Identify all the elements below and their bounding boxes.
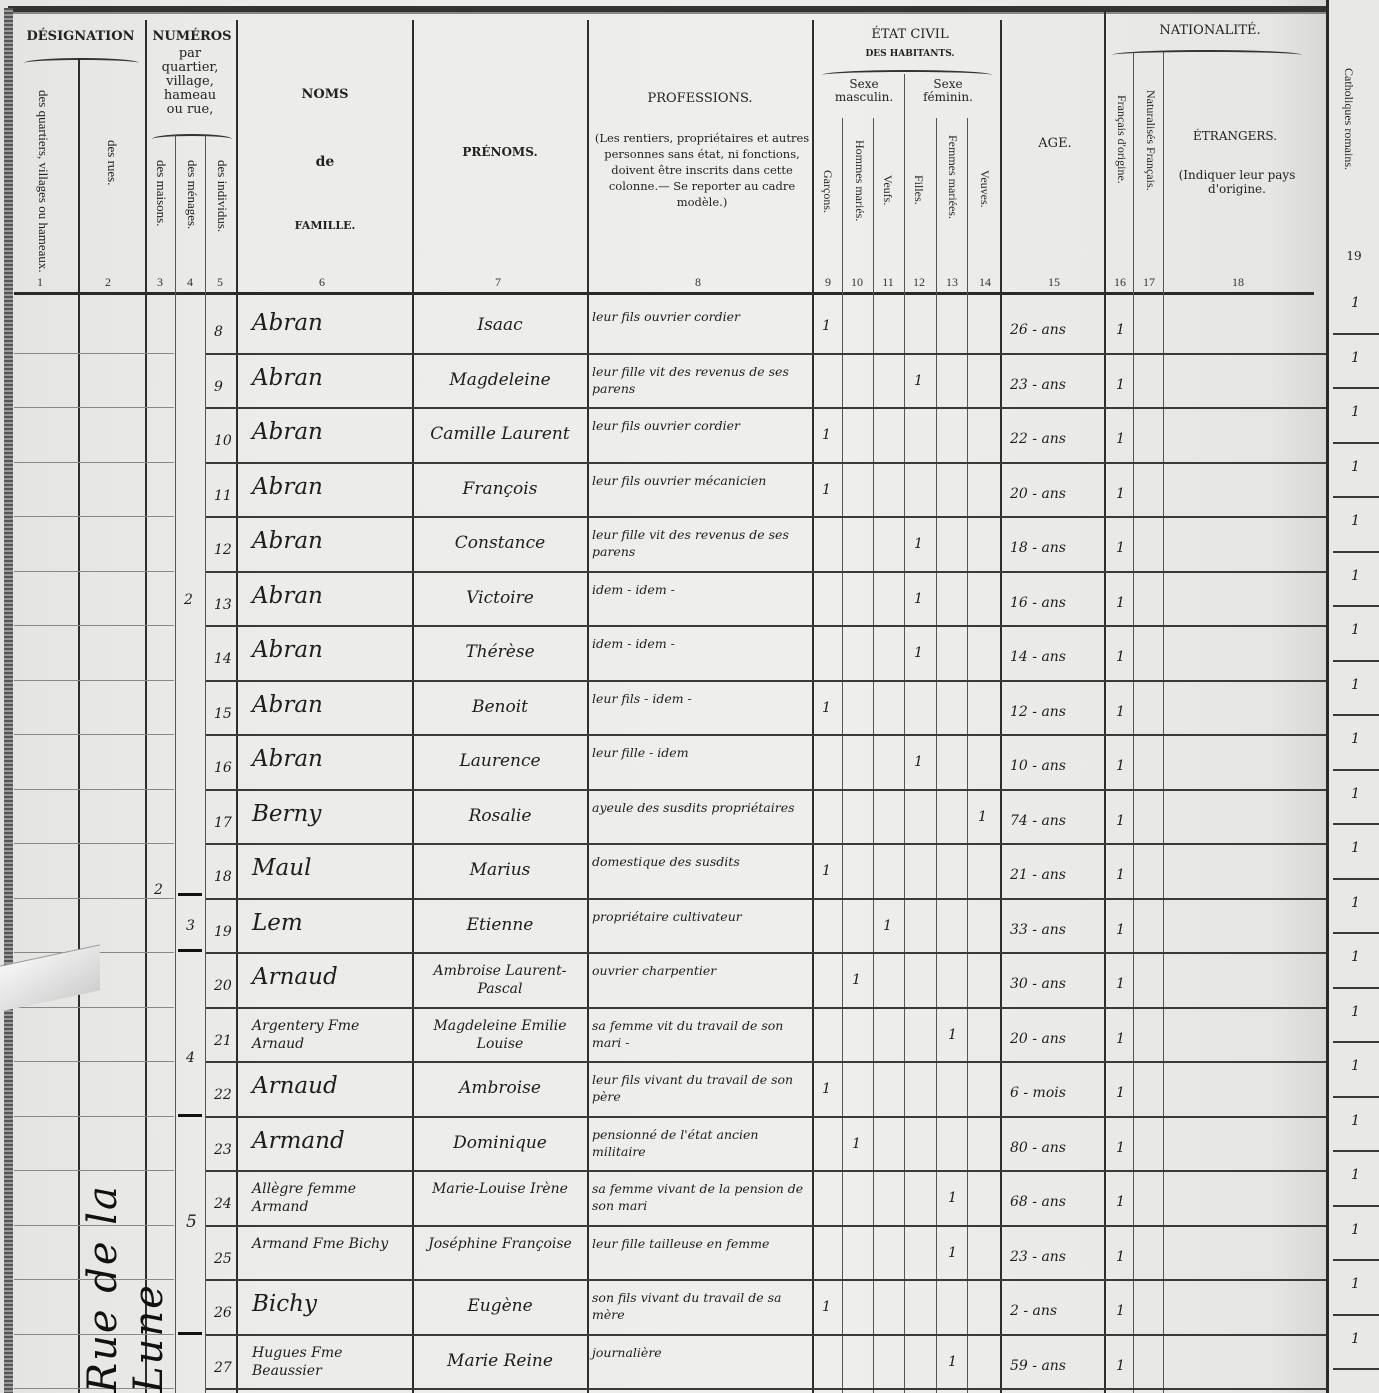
catholique-mark: 1 — [1351, 677, 1360, 693]
family-name: Abran — [252, 314, 407, 332]
header-etat-civil: ÉTAT CIVIL — [820, 28, 1000, 41]
row-rule — [1333, 1041, 1379, 1043]
age: 12 - ans — [1010, 704, 1066, 720]
family-name: Abran — [252, 423, 407, 441]
row-rule — [14, 353, 174, 354]
age: 30 - ans — [1010, 976, 1066, 992]
header-age: AGE. — [1010, 137, 1100, 150]
header-etrangers: ÉTRANGERS. — [1180, 130, 1290, 143]
menage-number: 3 — [186, 918, 195, 934]
individual-number: 12 — [214, 542, 232, 558]
individual-number: 24 — [214, 1196, 232, 1212]
profession: leur fille vit des revenus de ses parens — [592, 363, 810, 397]
row-rule — [1333, 333, 1379, 335]
family-name: Abran — [252, 532, 407, 550]
individual-number: 21 — [214, 1033, 232, 1049]
column-number: 6 — [312, 275, 332, 290]
row-rule — [1333, 660, 1379, 662]
profession: leur fille vit des revenus de ses parens — [592, 526, 810, 560]
column-rule — [1104, 12, 1106, 1393]
row-rule — [1333, 1314, 1379, 1316]
age: 10 - ans — [1010, 758, 1066, 774]
francais-origine-mark: 1 — [1116, 431, 1125, 447]
civil-status-mark: 1 — [822, 1299, 831, 1315]
column-rule — [812, 20, 814, 1393]
civil-status-mark: 1 — [883, 918, 892, 934]
row-rule — [1333, 605, 1379, 607]
census-page: DÉSIGNATION des quartiers, villages ou h… — [0, 0, 1379, 1393]
column-rule — [412, 20, 414, 1393]
profession: ouvrier charpentier — [592, 962, 810, 979]
civil-status-mark: 1 — [948, 1027, 957, 1043]
profession: son fils vivant du travail de sa mère — [592, 1289, 810, 1323]
row-rule — [1333, 714, 1379, 716]
civil-status-mark: 1 — [948, 1190, 957, 1206]
civil-status-mark: 1 — [852, 972, 861, 988]
row-rule — [206, 353, 1326, 355]
row-rule — [14, 789, 174, 790]
row-rule — [1333, 1368, 1379, 1370]
profession: domestique des susdits — [592, 853, 810, 870]
header-veufs: Veufs. — [880, 175, 895, 205]
header-quartiers: des quartiers, villages ou hameaux. — [36, 90, 51, 250]
column-rule — [205, 135, 206, 1393]
catholique-mark: 1 — [1351, 840, 1360, 856]
individual-number: 8 — [214, 324, 223, 340]
row-rule — [14, 734, 174, 735]
first-names: Magdeleine — [416, 371, 584, 389]
row-rule — [14, 625, 174, 626]
row-rule — [206, 898, 1326, 900]
header-designation: DÉSIGNATION — [18, 30, 143, 43]
household-separator — [178, 1114, 202, 1117]
brace — [1112, 50, 1302, 60]
individual-number: 27 — [214, 1360, 232, 1376]
francais-origine-mark: 1 — [1116, 595, 1125, 611]
individual-number: 17 — [214, 815, 232, 831]
family-name: Maul — [252, 859, 407, 877]
adjacent-page: Catholiques romains. 19 1111111111111111… — [1326, 0, 1379, 1393]
catholique-mark: 1 — [1351, 786, 1360, 802]
age: 20 - ans — [1010, 486, 1066, 502]
row-rule — [206, 1388, 1326, 1390]
menage-number: 2 — [184, 592, 193, 608]
column-number: 4 — [180, 275, 200, 290]
profession: idem - idem - — [592, 581, 810, 598]
civil-status-mark: 1 — [822, 700, 831, 716]
civil-status-mark: 1 — [822, 427, 831, 443]
individual-number: 14 — [214, 651, 232, 667]
profession: pensionné de l'état ancien militaire — [592, 1126, 810, 1160]
civil-status-mark: 1 — [914, 754, 923, 770]
civil-status-mark: 1 — [822, 318, 831, 334]
first-names: Isaac — [416, 316, 584, 334]
catholique-mark: 1 — [1351, 404, 1360, 420]
column-number: 13 — [942, 275, 962, 290]
catholique-mark: 1 — [1351, 459, 1360, 475]
family-name: Armand — [252, 1132, 407, 1150]
column-rule — [1000, 20, 1002, 1393]
francais-origine-mark: 1 — [1116, 649, 1125, 665]
header-noms: NOMS — [280, 88, 370, 101]
family-name: Armand Fme Bichy — [252, 1235, 407, 1253]
catholique-mark: 1 — [1351, 949, 1360, 965]
household-separator — [178, 949, 202, 952]
civil-status-mark: 1 — [914, 536, 923, 552]
row-rule — [14, 1007, 174, 1008]
age: 2 - ans — [1010, 1303, 1057, 1319]
first-names: Victoire — [416, 589, 584, 607]
catholique-mark: 1 — [1351, 513, 1360, 529]
row-rule — [1333, 987, 1379, 989]
family-name: Arnaud — [252, 1077, 407, 1095]
francais-origine-mark: 1 — [1116, 704, 1125, 720]
row-rule — [1333, 551, 1379, 553]
profession: sa femme vit du travail de son mari - — [592, 1017, 810, 1051]
civil-status-mark: 1 — [822, 1081, 831, 1097]
row-rule — [206, 680, 1326, 682]
header-femmes-mariees: Femmes mariées. — [945, 135, 960, 219]
first-names: Thérèse — [416, 643, 584, 661]
header-rues: des rues. — [104, 140, 120, 186]
brace — [152, 134, 232, 144]
column-rule — [873, 118, 874, 1393]
individual-number: 16 — [214, 760, 232, 776]
row-rule — [206, 1225, 1326, 1227]
first-names: Rosalie — [416, 807, 584, 825]
civil-status-mark: 1 — [978, 809, 987, 825]
profession: leur fils vivant du travail de son père — [592, 1071, 810, 1105]
individual-number: 19 — [214, 924, 232, 940]
francais-origine-mark: 1 — [1116, 1303, 1125, 1319]
header-famille: FAMILLE. — [270, 219, 380, 232]
family-name: Allègre femme Armand — [252, 1180, 407, 1216]
header-professions: PROFESSIONS. — [600, 92, 800, 105]
header-naturalises: Naturalisés Français. — [1143, 90, 1158, 191]
column-number: 2 — [98, 275, 118, 290]
catholique-mark: 1 — [1351, 1276, 1360, 1292]
column-number: 11 — [878, 275, 898, 290]
column-rule — [587, 20, 589, 1393]
column-number: 7 — [488, 275, 508, 290]
age: 6 - mois — [1010, 1085, 1066, 1101]
column-number: 16 — [1110, 275, 1130, 290]
civil-status-mark: 1 — [948, 1354, 957, 1370]
row-rule — [206, 1116, 1326, 1118]
row-rule — [14, 516, 174, 517]
profession: leur fils ouvrier cordier — [592, 417, 810, 434]
column-number: 17 — [1139, 275, 1159, 290]
header-individus: des individus. — [214, 160, 230, 232]
row-rule — [206, 407, 1326, 409]
catholique-mark: 1 — [1351, 622, 1360, 638]
individual-number: 26 — [214, 1305, 232, 1321]
row-rule — [1333, 1205, 1379, 1207]
column-number: 5 — [210, 275, 230, 290]
age: 21 - ans — [1010, 867, 1066, 883]
header-rule — [14, 292, 1314, 295]
first-names: Benoit — [416, 698, 584, 716]
age: 74 - ans — [1010, 813, 1066, 829]
row-rule — [1333, 1259, 1379, 1261]
header-hommes-maries: Hommes mariés. — [852, 140, 867, 221]
civil-status-mark: 1 — [822, 863, 831, 879]
header-professions-note: (Les rentiers, propriétaires et autres p… — [594, 130, 810, 210]
row-rule — [1333, 769, 1379, 771]
row-rule — [14, 680, 174, 681]
francais-origine-mark: 1 — [1116, 1194, 1125, 1210]
francais-origine-mark: 1 — [1116, 377, 1125, 393]
first-names: Dominique — [416, 1134, 584, 1152]
family-name: Argentery Fme Arnaud — [252, 1017, 407, 1053]
francais-origine-mark: 1 — [1116, 922, 1125, 938]
brace — [24, 58, 139, 68]
header-catholiques: Catholiques romains. — [1341, 68, 1356, 170]
menage-number: 4 — [186, 1050, 195, 1066]
profession: sa femme vivant de la pension de son mar… — [592, 1180, 810, 1214]
street-name: Rue de la Lune — [80, 1090, 172, 1393]
household-separator — [178, 1332, 202, 1335]
header-filles: Filles. — [911, 175, 926, 205]
header-sexe-masculin: Sexe masculin. — [820, 78, 908, 104]
column-rule — [936, 118, 937, 1393]
row-rule — [14, 898, 174, 899]
header-numeros-sub: par quartier, village, hameau ou rue, — [160, 47, 220, 117]
row-rule — [206, 1279, 1326, 1281]
first-names: Constance — [416, 534, 584, 552]
column-number: 12 — [909, 275, 929, 290]
row-rule — [1333, 932, 1379, 934]
civil-status-mark: 1 — [852, 1136, 861, 1152]
family-name: Bichy — [252, 1295, 407, 1313]
age: 26 - ans — [1010, 322, 1066, 338]
column-number: 9 — [818, 275, 838, 290]
header-etrangers-note: (Indiquer leur pays d'origine. — [1172, 168, 1302, 196]
first-names: Marie-Louise Irène — [416, 1180, 584, 1198]
first-names: Marius — [416, 861, 584, 879]
family-name: Abran — [252, 641, 407, 659]
age: 22 - ans — [1010, 431, 1066, 447]
first-names: Joséphine Françoise — [416, 1235, 584, 1253]
profession: journalière — [592, 1344, 810, 1361]
profession: leur fils - idem - — [592, 690, 810, 707]
row-rule — [1333, 1150, 1379, 1152]
header-veuves: Veuves. — [977, 170, 992, 208]
header-menages: des ménages. — [184, 160, 200, 229]
header-maisons: des maisons. — [153, 160, 169, 226]
row-rule — [14, 843, 174, 844]
individual-number: 22 — [214, 1087, 232, 1103]
catholique-mark: 1 — [1351, 1331, 1360, 1347]
header-francais-origine: Français d'origine. — [1114, 95, 1129, 184]
row-rule — [1333, 442, 1379, 444]
header-garcons: Garçons. — [820, 170, 835, 213]
individual-number: 15 — [214, 706, 232, 722]
row-rule — [1333, 1096, 1379, 1098]
civil-status-mark: 1 — [948, 1245, 957, 1261]
age: 68 - ans — [1010, 1194, 1066, 1210]
column-number: 14 — [975, 275, 995, 290]
francais-origine-mark: 1 — [1116, 813, 1125, 829]
profession: leur fils ouvrier cordier — [592, 308, 810, 325]
first-names: Etienne — [416, 916, 584, 934]
age: 33 - ans — [1010, 922, 1066, 938]
age: 18 - ans — [1010, 540, 1066, 556]
profession: leur fils ouvrier mécanicien — [592, 472, 810, 489]
column-number-19: 19 — [1339, 250, 1369, 263]
individual-number: 13 — [214, 597, 232, 613]
francais-origine-mark: 1 — [1116, 1249, 1125, 1265]
individual-number: 9 — [214, 379, 223, 395]
first-names: Laurence — [416, 752, 584, 770]
profession: leur fille - idem — [592, 744, 810, 761]
francais-origine-mark: 1 — [1116, 1358, 1125, 1374]
column-rule — [1133, 52, 1134, 1393]
header-sexe-feminin: Sexe féminin. — [908, 78, 988, 104]
francais-origine-mark: 1 — [1116, 867, 1125, 883]
francais-origine-mark: 1 — [1116, 1031, 1125, 1047]
civil-status-mark: 1 — [914, 645, 923, 661]
age: 80 - ans — [1010, 1140, 1066, 1156]
age: 23 - ans — [1010, 1249, 1066, 1265]
civil-status-mark: 1 — [914, 373, 923, 389]
age: 14 - ans — [1010, 649, 1066, 665]
individual-number: 20 — [214, 978, 232, 994]
family-name: Berny — [252, 805, 407, 823]
francais-origine-mark: 1 — [1116, 322, 1125, 338]
catholique-mark: 1 — [1351, 295, 1360, 311]
row-rule — [206, 1007, 1326, 1009]
individual-number: 10 — [214, 433, 232, 449]
family-name: Abran — [252, 587, 407, 605]
profession: ayeule des susdits propriétaires — [592, 799, 810, 816]
column-number: 15 — [1044, 275, 1064, 290]
individual-number: 18 — [214, 869, 232, 885]
francais-origine-mark: 1 — [1116, 1085, 1125, 1101]
header-nationalite: NATIONALITÉ. — [1140, 24, 1280, 37]
civil-status-mark: 1 — [822, 482, 831, 498]
household-separator — [178, 893, 202, 896]
row-rule — [206, 734, 1326, 736]
row-rule — [14, 462, 174, 463]
row-rule — [14, 1061, 174, 1062]
catholique-mark: 1 — [1351, 1167, 1360, 1183]
header-prenoms: PRÉNOMS. — [440, 146, 560, 159]
column-rule — [1163, 52, 1164, 1393]
first-names: Camille Laurent — [416, 425, 584, 443]
torn-paper-edge — [0, 944, 100, 1011]
column-number: 18 — [1228, 275, 1248, 290]
header-noms-de: de — [280, 156, 370, 169]
catholique-mark: 1 — [1351, 1113, 1360, 1129]
column-number: 1 — [30, 275, 50, 290]
row-rule — [14, 407, 174, 408]
family-name: Arnaud — [252, 968, 407, 986]
maison-number: 2 — [154, 882, 163, 898]
column-number: 8 — [688, 275, 708, 290]
row-rule — [1333, 496, 1379, 498]
header-etat-civil-sub: DES HABITANTS. — [820, 48, 1000, 61]
catholique-mark: 1 — [1351, 895, 1360, 911]
row-rule — [206, 516, 1326, 518]
profession: idem - idem - — [592, 635, 810, 652]
family-name: Abran — [252, 696, 407, 714]
column-number: 10 — [847, 275, 867, 290]
catholique-mark: 1 — [1351, 731, 1360, 747]
row-rule — [1333, 387, 1379, 389]
catholique-mark: 1 — [1351, 1222, 1360, 1238]
francais-origine-mark: 1 — [1116, 540, 1125, 556]
page-top-border — [8, 6, 1379, 14]
civil-status-mark: 1 — [914, 591, 923, 607]
individual-number: 23 — [214, 1142, 232, 1158]
first-names: François — [416, 480, 584, 498]
francais-origine-mark: 1 — [1116, 758, 1125, 774]
family-name: Abran — [252, 478, 407, 496]
column-rule — [175, 135, 176, 1393]
first-names: Ambroise Laurent-Pascal — [416, 962, 584, 998]
francais-origine-mark: 1 — [1116, 486, 1125, 502]
family-name: Lem — [252, 914, 407, 932]
family-name: Hugues Fme Beaussier — [252, 1344, 407, 1380]
first-names: Magdeleine Emilie Louise — [416, 1017, 584, 1053]
profession: propriétaire cultivateur — [592, 908, 810, 925]
catholique-mark: 1 — [1351, 1004, 1360, 1020]
age: 23 - ans — [1010, 377, 1066, 393]
column-rule — [842, 118, 843, 1393]
row-rule — [206, 843, 1326, 845]
row-rule — [206, 789, 1326, 791]
row-rule — [1333, 823, 1379, 825]
catholique-mark: 1 — [1351, 350, 1360, 366]
row-rule — [206, 1061, 1326, 1063]
row-rule — [1333, 878, 1379, 880]
row-rule — [206, 571, 1326, 573]
row-rule — [206, 952, 1326, 954]
catholique-mark: 1 — [1351, 1058, 1360, 1074]
francais-origine-mark: 1 — [1116, 976, 1125, 992]
row-rule — [14, 571, 174, 572]
profession: leur fille tailleuse en femme — [592, 1235, 810, 1252]
header-numeros: NUMÉROS — [147, 30, 237, 43]
menage-number: 5 — [186, 1212, 197, 1232]
column-rule — [967, 118, 968, 1393]
first-names: Marie Reine — [416, 1352, 584, 1370]
age: 16 - ans — [1010, 595, 1066, 611]
row-rule — [206, 1170, 1326, 1172]
individual-number: 11 — [214, 488, 232, 504]
catholique-mark: 1 — [1351, 568, 1360, 584]
age: 20 - ans — [1010, 1031, 1066, 1047]
row-rule — [206, 1334, 1326, 1336]
first-names: Ambroise — [416, 1079, 584, 1097]
row-rule — [206, 462, 1326, 464]
column-rule — [236, 20, 238, 1393]
family-name: Abran — [252, 750, 407, 768]
family-name: Abran — [252, 369, 407, 387]
individual-number: 25 — [214, 1251, 232, 1267]
page-left-border — [4, 8, 13, 1393]
column-number: 3 — [150, 275, 170, 290]
francais-origine-mark: 1 — [1116, 1140, 1125, 1156]
age: 59 - ans — [1010, 1358, 1066, 1374]
first-names: Eugène — [416, 1297, 584, 1315]
row-rule — [206, 625, 1326, 627]
